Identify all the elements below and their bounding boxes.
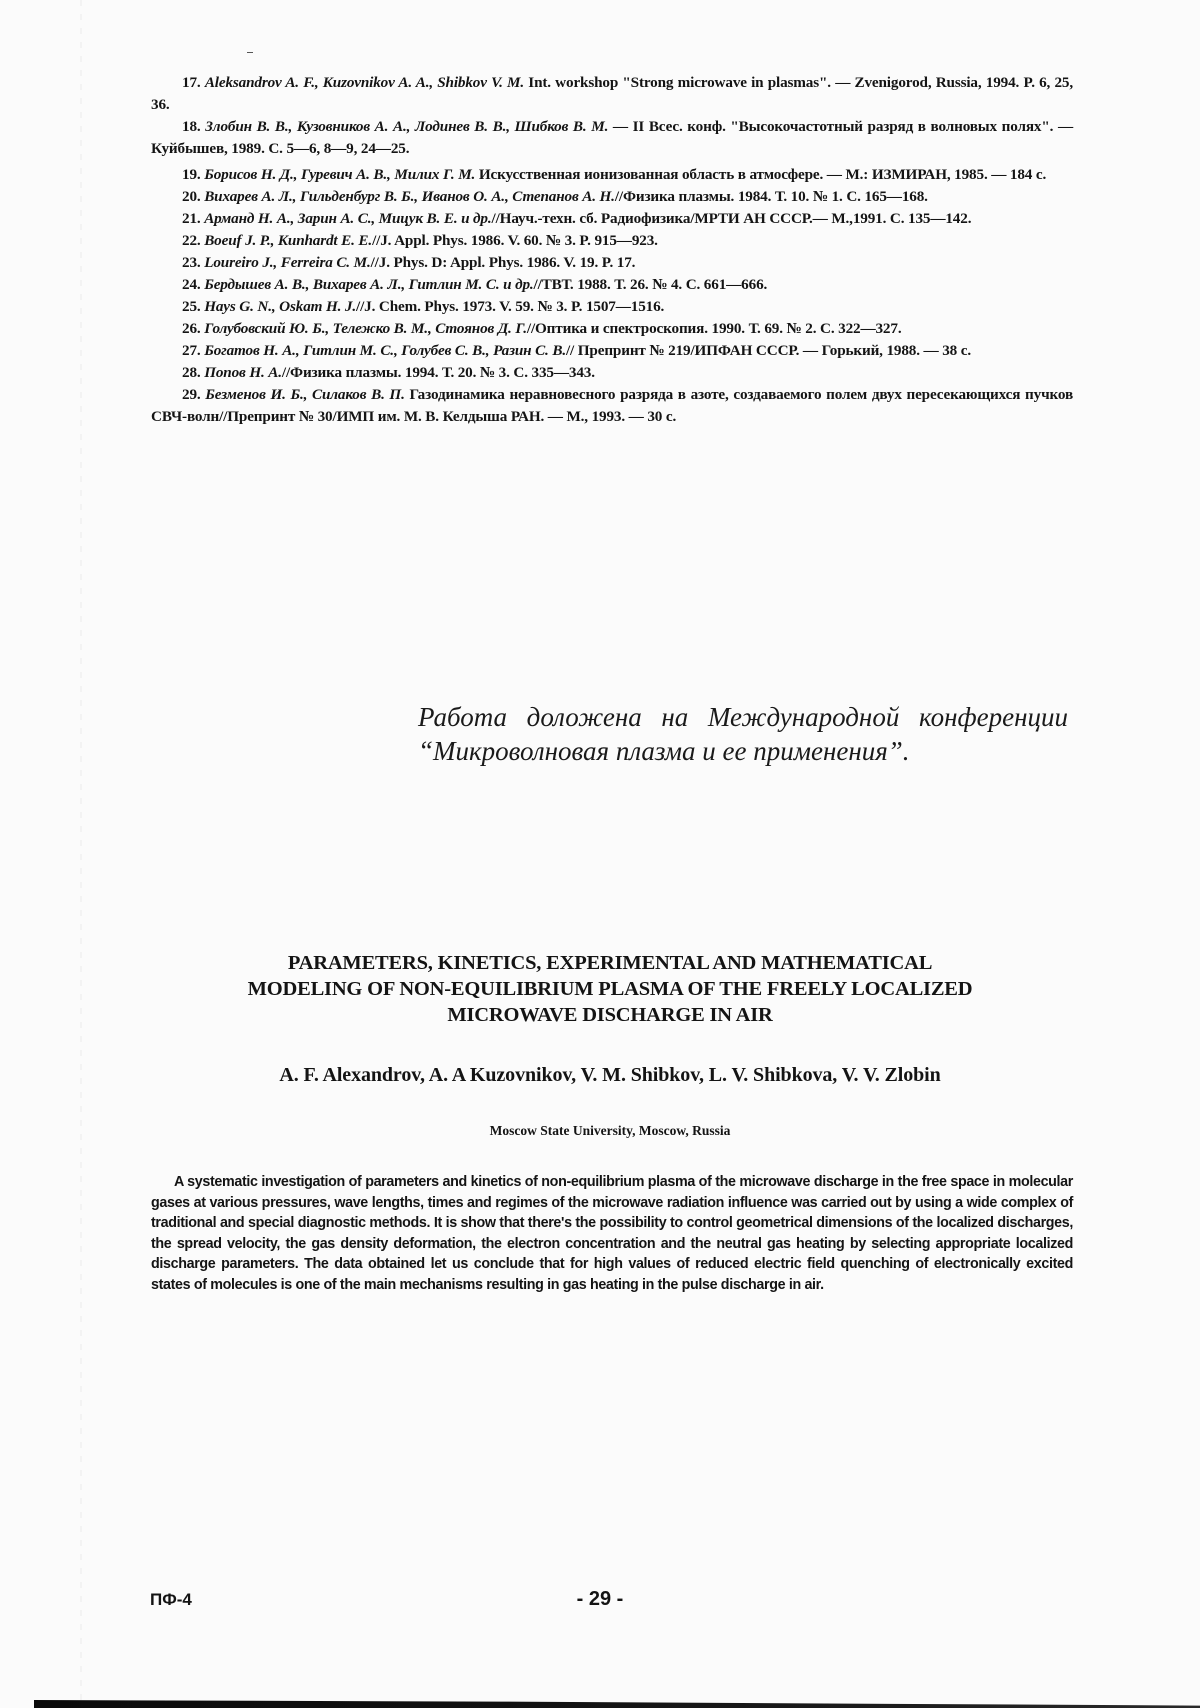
title-line: MODELING OF NON-EQUILIBRIUM PLASMA OF TH… — [150, 976, 1070, 1002]
reference-list: 17. Aleksandrov A. F., Kuzovnikov A. A.,… — [151, 72, 1073, 428]
reference-item: 24. Бердышев А. В., Вихарев А. Л., Гитли… — [151, 274, 1073, 296]
title-line: PARAMETERS, KINETICS, EXPERIMENTAL AND M… — [150, 950, 1070, 976]
section-code: ПФ-4 — [150, 1590, 192, 1610]
document-page: 17. Aleksandrov A. F., Kuzovnikov A. A.,… — [0, 0, 1200, 1708]
scan-edge-artifact — [80, 0, 82, 1708]
conference-note: Работа доложена на Международной конфере… — [418, 700, 1068, 768]
article-title: PARAMETERS, KINETICS, EXPERIMENTAL AND M… — [150, 950, 1070, 1028]
reference-item: 25. Hays G. N., Oskam H. J.//J. Chem. Ph… — [151, 296, 1073, 318]
page-number: - 29 - — [540, 1588, 660, 1611]
scan-edge-artifact — [34, 1700, 1200, 1708]
reference-item: 19. Борисов Н. Д., Гуревич А. В., Милих … — [151, 164, 1073, 186]
article-authors: A. F. Alexandrov, A. A Kuzovnikov, V. M.… — [150, 1064, 1070, 1087]
scan-speck — [247, 52, 253, 53]
reference-item: 21. Арманд Н. А., Зарин А. С., Мицук В. … — [151, 208, 1073, 230]
reference-item: 26. Голубовский Ю. Б., Тележко В. М., Ст… — [151, 318, 1073, 340]
title-line: MICROWAVE DISCHARGE IN AIR — [150, 1002, 1070, 1028]
reference-item: 27. Богатов Н. А., Гитлин М. С., Голубев… — [151, 340, 1073, 362]
reference-item: 28. Попов Н. А.//Физика плазмы. 1994. Т.… — [151, 362, 1073, 384]
reference-item: 20. Вихарев А. Л., Гильденбург В. Б., Ив… — [151, 186, 1073, 208]
reference-item: 23. Loureiro J., Ferreira C. M.//J. Phys… — [151, 252, 1073, 274]
reference-item: 22. Boeuf J. P., Kunhardt E. E.//J. Appl… — [151, 230, 1073, 252]
reference-item: 29. Безменов И. Б., Силаков В. П. Газоди… — [151, 384, 1073, 428]
article-affiliation: Moscow State University, Moscow, Russia — [150, 1123, 1070, 1139]
reference-item: 17. Aleksandrov A. F., Kuzovnikov A. A.,… — [151, 72, 1073, 116]
reference-item: 18. Злобин В. В., Кузовников А. А., Лоди… — [151, 116, 1073, 160]
article-abstract: A systematic investigation of parameters… — [151, 1172, 1073, 1296]
